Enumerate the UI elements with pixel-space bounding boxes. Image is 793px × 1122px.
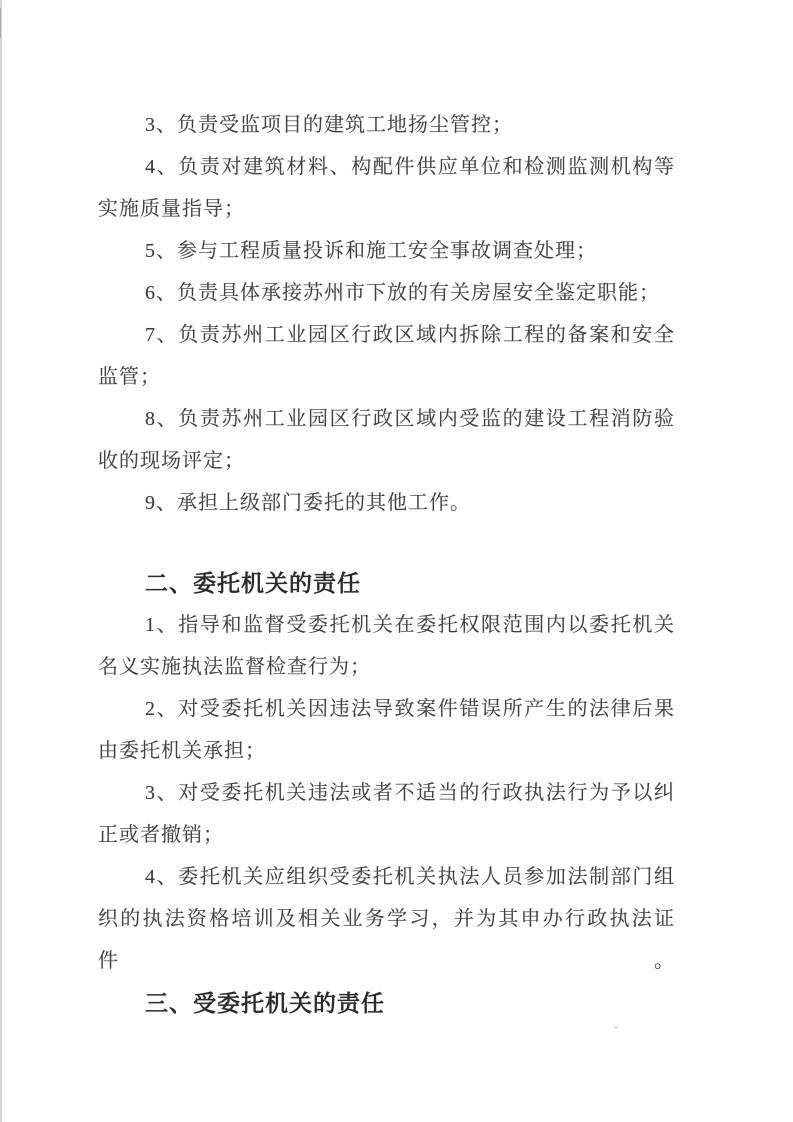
list-item-line: 织的执法资格培训及相关业务学习，并为其申办行政执法证件。	[98, 898, 675, 940]
section-heading-text: 二、委托机关的责任	[98, 562, 675, 604]
list-item: 9、承担上级部门委托的其他工作。	[98, 482, 675, 524]
scan-edge-artifact	[0, 0, 2, 1122]
scan-speck	[614, 1026, 618, 1029]
section-heading-3: 三、受委托机关的责任	[98, 982, 675, 1024]
scan-edge-artifact-dark	[0, 8, 1, 38]
list-item-line: 7、负责苏州工业园区行政区域内拆除工程的备案和安全	[98, 314, 675, 356]
list-item-line: 6、负责具体承接苏州市下放的有关房屋安全鉴定职能；	[98, 272, 675, 314]
list-item-line: 8、负责苏州工业园区行政区域内受监的建设工程消防验	[98, 398, 675, 440]
list-item-line: 4、负责对建筑材料、构配件供应单位和检测监测机构等	[98, 146, 675, 188]
list-item-line: 正或者撤销；	[98, 814, 675, 856]
list-item-line: 9、承担上级部门委托的其他工作。	[98, 482, 675, 524]
list-item-line: 由委托机关承担；	[98, 730, 675, 772]
list-item: 3、负责受监项目的建筑工地扬尘管控；	[98, 104, 675, 146]
list-item: 7、负责苏州工业园区行政区域内拆除工程的备案和安全 监管；	[98, 314, 675, 398]
list-item-line: 监管；	[98, 356, 675, 398]
list-item: 4、委托机关应组织受委托机关执法人员参加法制部门组 织的执法资格培训及相关业务学…	[98, 856, 675, 940]
list-item: 1、指导和监督受委托机关在委托权限范围内以委托机关 名义实施执法监督检查行为；	[98, 604, 675, 688]
list-item: 8、负责苏州工业园区行政区域内受监的建设工程消防验 收的现场评定；	[98, 398, 675, 482]
list-item-line: 1、指导和监督受委托机关在委托权限范围内以委托机关	[98, 604, 675, 646]
document-text-block: 3、负责受监项目的建筑工地扬尘管控； 4、负责对建筑材料、构配件供应单位和检测监…	[98, 104, 675, 1024]
section-heading-2: 二、委托机关的责任	[98, 562, 675, 604]
list-item-line: 3、负责受监项目的建筑工地扬尘管控；	[98, 104, 675, 146]
list-item: 4、负责对建筑材料、构配件供应单位和检测监测机构等 实施质量指导；	[98, 146, 675, 230]
list-item-line: 3、对受委托机关违法或者不适当的行政执法行为予以纠	[98, 772, 675, 814]
document-page: 3、负责受监项目的建筑工地扬尘管控； 4、负责对建筑材料、构配件供应单位和检测监…	[0, 0, 793, 1122]
list-item-line: 名义实施执法监督检查行为；	[98, 646, 675, 688]
list-item-line: 收的现场评定；	[98, 440, 675, 482]
list-item-line: 4、委托机关应组织受委托机关执法人员参加法制部门组	[98, 856, 675, 898]
list-item: 3、对受委托机关违法或者不适当的行政执法行为予以纠 正或者撤销；	[98, 772, 675, 856]
list-item: 6、负责具体承接苏州市下放的有关房屋安全鉴定职能；	[98, 272, 675, 314]
list-item: 2、对受委托机关因违法导致案件错误所产生的法律后果 由委托机关承担；	[98, 688, 675, 772]
list-item-line: 实施质量指导；	[98, 188, 675, 230]
section-heading-text: 三、受委托机关的责任	[98, 982, 675, 1024]
list-item: 5、参与工程质量投诉和施工安全事故调查处理；	[98, 230, 675, 272]
list-item-line: 5、参与工程质量投诉和施工安全事故调查处理；	[98, 230, 675, 272]
list-item-line: 2、对受委托机关因违法导致案件错误所产生的法律后果	[98, 688, 675, 730]
